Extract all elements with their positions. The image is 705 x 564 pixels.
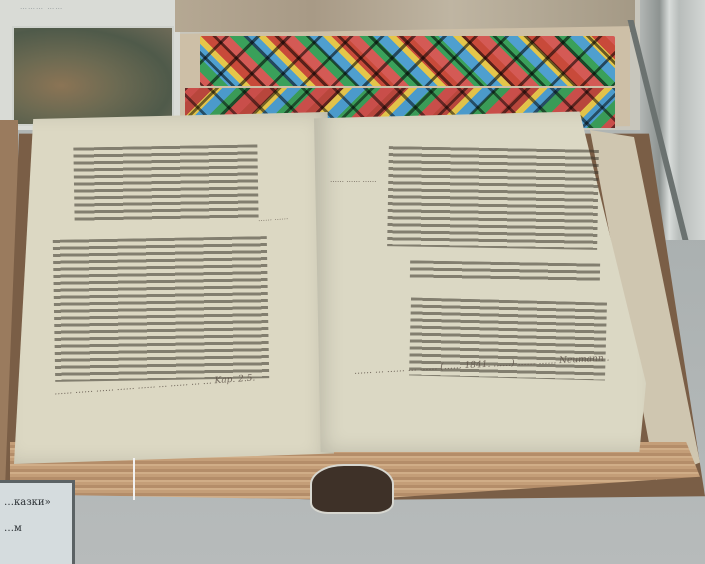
illustration-painting: [12, 26, 174, 126]
printed-text-block: [387, 146, 599, 250]
printed-text-block: [53, 236, 269, 382]
picture-caption: ……… ……: [20, 3, 170, 13]
plaid-box-top: [200, 36, 615, 86]
margin-note: …… …… ……: [330, 175, 390, 186]
printed-subheading: [410, 260, 600, 281]
exhibit-label-title: …казки»: [4, 497, 51, 508]
printed-text-block: [73, 144, 258, 222]
spine-damage: [312, 466, 392, 512]
exhibit-label: …казки» …м: [0, 480, 75, 564]
exhibit-label-subtitle: …м: [4, 523, 22, 534]
pointer-line: [133, 458, 135, 500]
